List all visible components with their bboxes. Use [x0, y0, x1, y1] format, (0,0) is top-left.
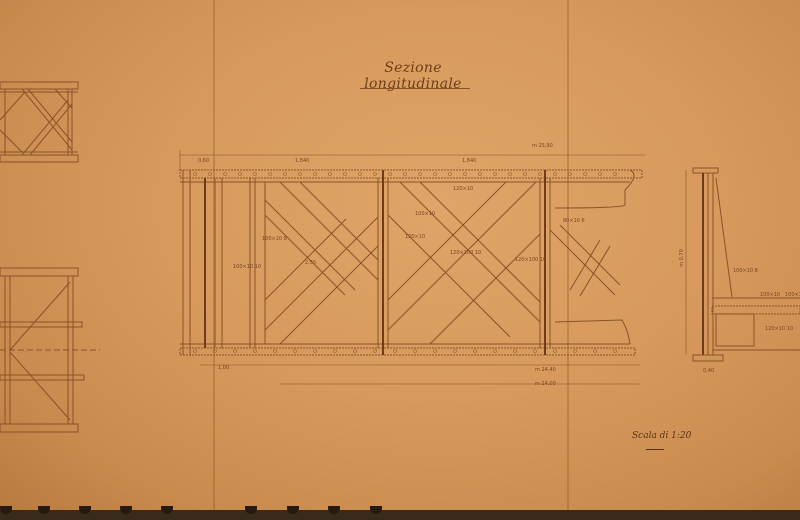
- binding-edge: [0, 510, 800, 520]
- member-label: 100×10: [760, 292, 780, 298]
- elevation-label: m 24,40: [535, 367, 556, 373]
- cross-section: [686, 168, 800, 361]
- elevation-label: m 25,90: [532, 143, 553, 149]
- left-elevation-bottom: [0, 268, 100, 432]
- member-label: 120×100 10: [450, 250, 481, 256]
- member-label: 100×10 10: [233, 264, 261, 270]
- member-label: 100×10 8: [262, 236, 287, 242]
- dimension-label: 1,840: [295, 158, 309, 164]
- member-label: 120×10 10: [765, 326, 793, 332]
- binding-hole: [328, 506, 340, 514]
- dimension-label: 0,60: [198, 158, 209, 164]
- binding-hole: [38, 506, 50, 514]
- scale-label: Scala di 1:20: [632, 431, 691, 441]
- binding-hole: [370, 506, 382, 514]
- member-label: 100×10 8: [733, 268, 758, 274]
- member-label: 80×10 6: [563, 218, 585, 224]
- dimension-label: 1,00: [218, 365, 229, 371]
- dimension-label: 0,40: [703, 368, 714, 374]
- dimension-label: m 0,70: [679, 249, 685, 267]
- left-elevation-top: [0, 82, 78, 162]
- member-label: 2,55: [305, 260, 316, 266]
- scale-underline: [646, 449, 664, 450]
- elevation-label: m 24,00: [535, 381, 556, 387]
- title-underline: [360, 88, 470, 89]
- member-label: 100×10: [785, 292, 800, 298]
- binding-hole: [245, 506, 257, 514]
- binding-hole: [161, 506, 173, 514]
- rivets: [194, 173, 617, 353]
- binding-hole: [0, 506, 12, 514]
- binding-hole: [79, 506, 91, 514]
- member-label: 100×10: [415, 211, 435, 217]
- member-label: 120×10: [453, 186, 473, 192]
- member-label: 120×100 10: [515, 257, 546, 263]
- binding-hole: [120, 506, 132, 514]
- member-label: 120×10: [405, 234, 425, 240]
- dimension-label: 1,840: [462, 158, 476, 164]
- binding-hole: [287, 506, 299, 514]
